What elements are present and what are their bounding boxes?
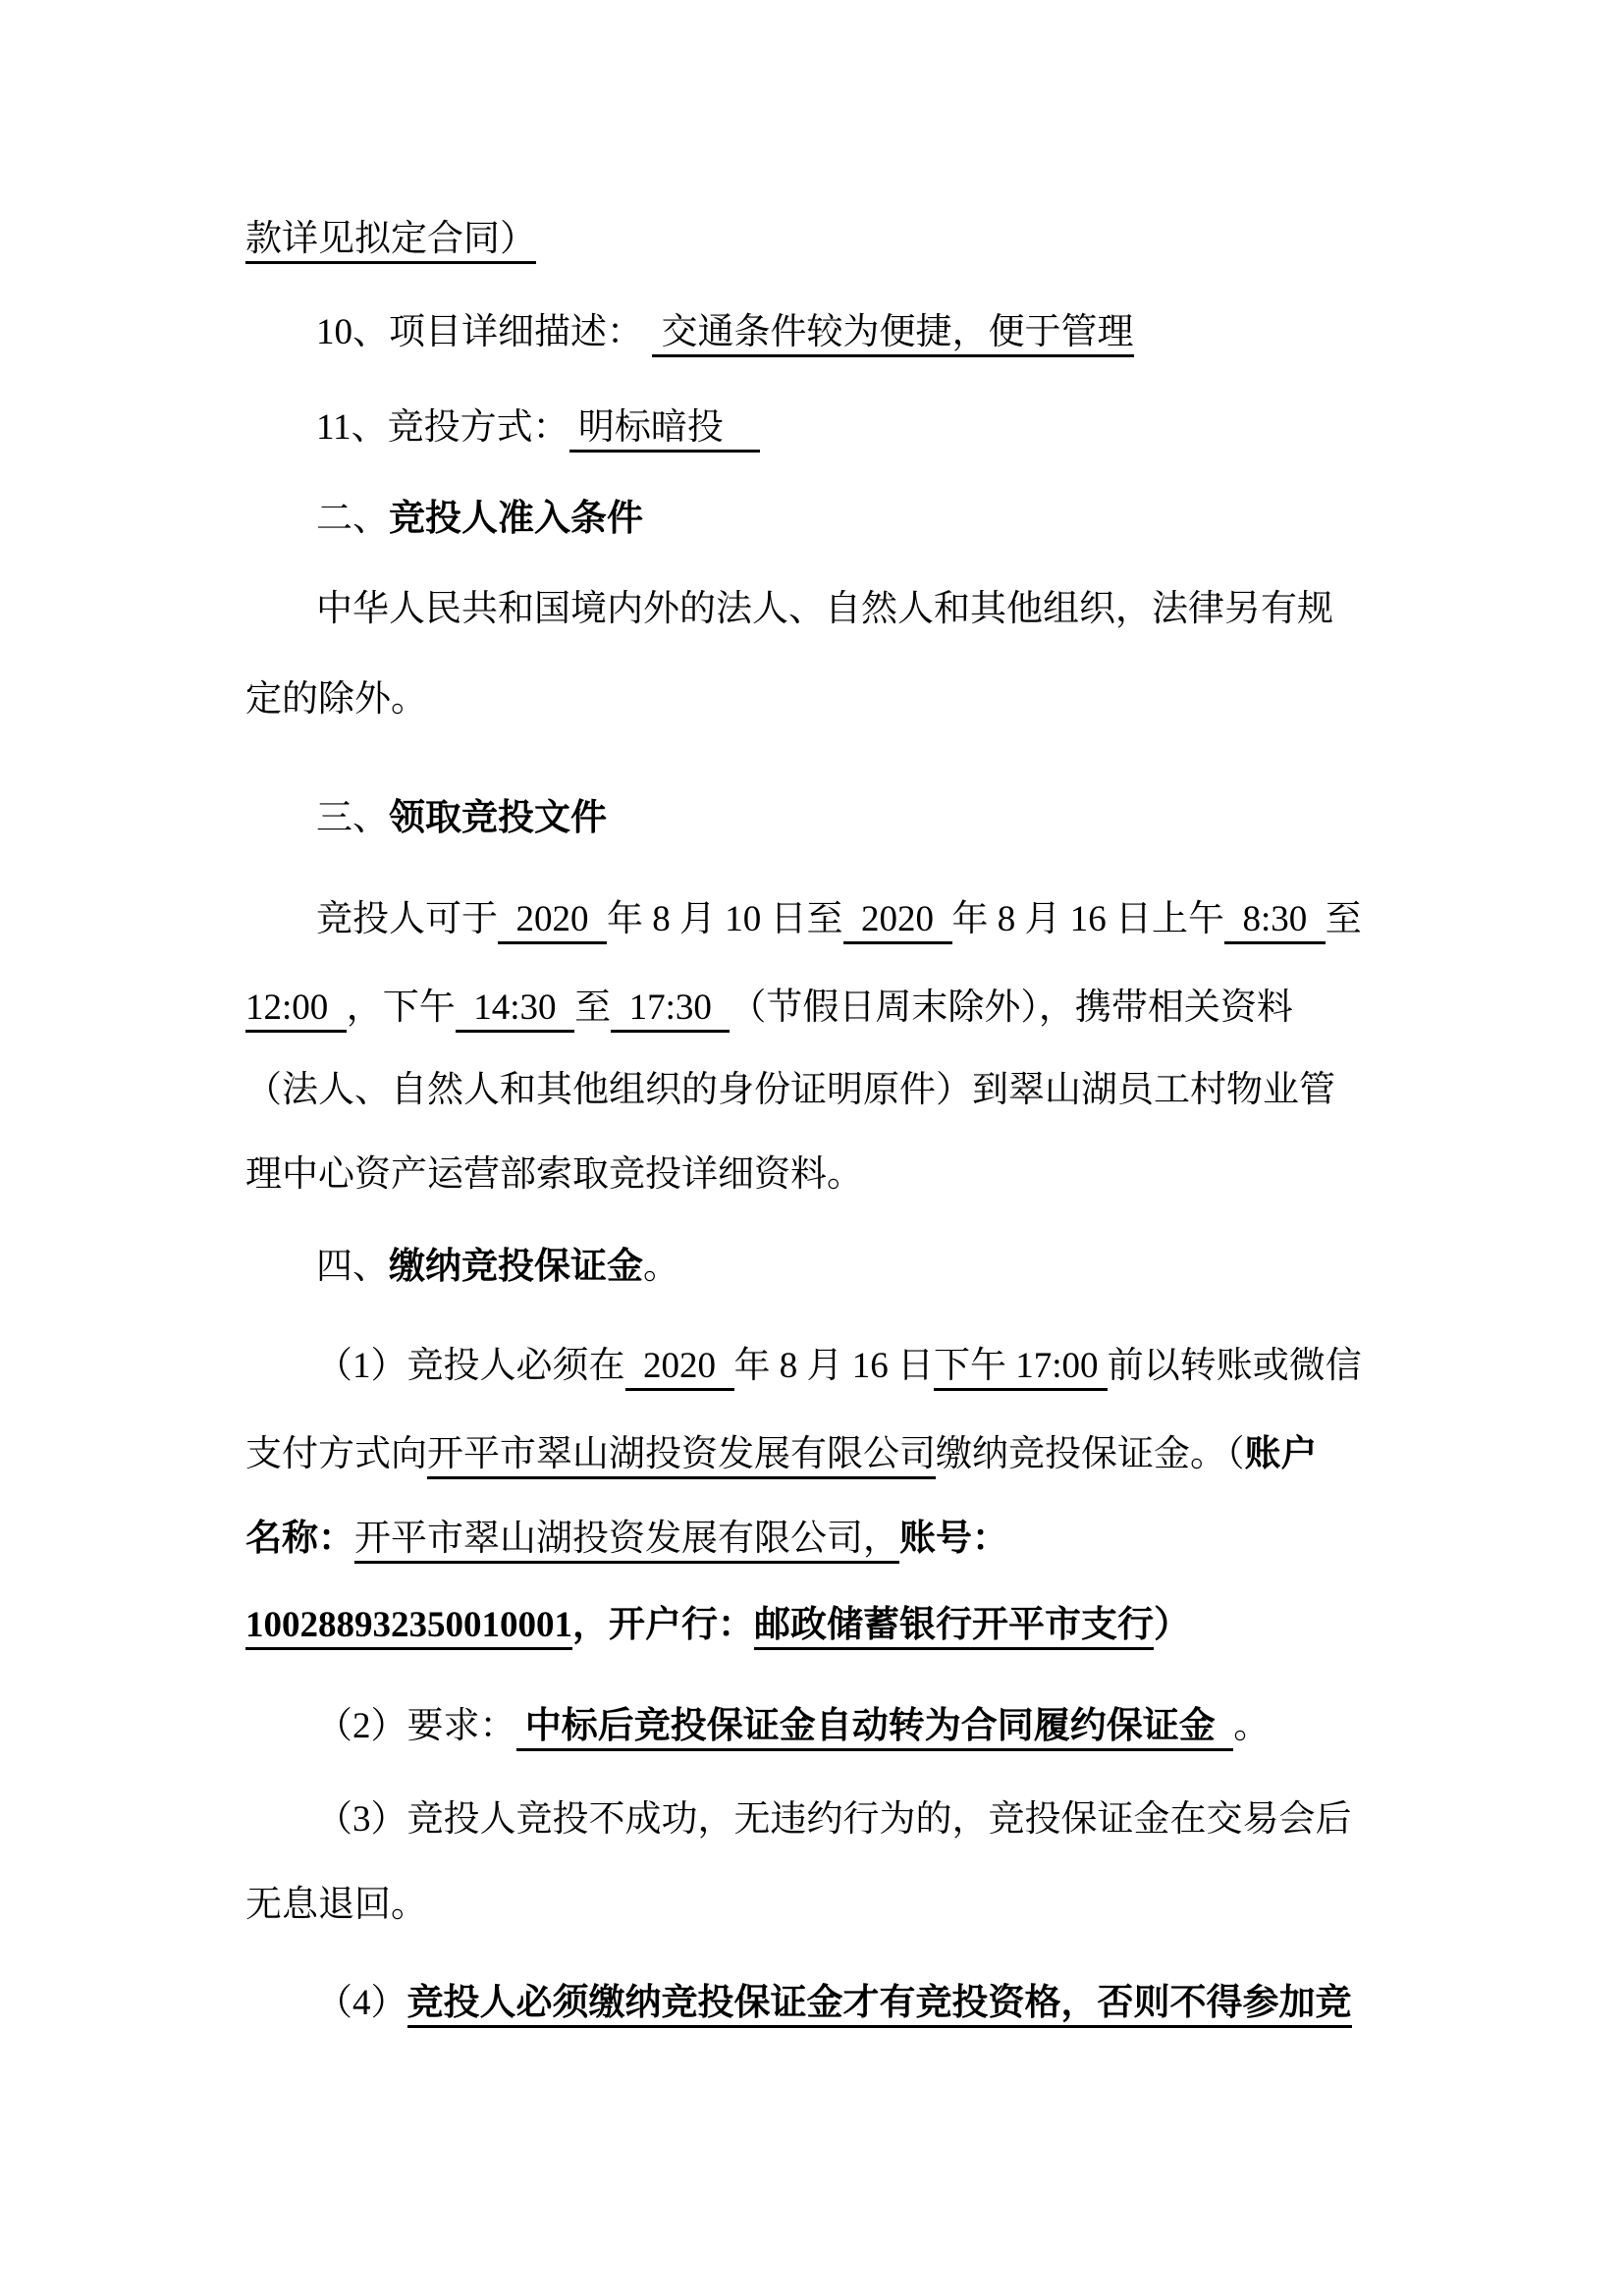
underlined-text-segment: 14:30	[456, 988, 574, 1033]
text-segment: 无息退回。	[245, 1885, 427, 1925]
underlined-text-segment: 2020	[843, 899, 952, 944]
underlined-text-segment: 明标暗投	[569, 407, 760, 453]
text-segment: 竞投人准入条件	[389, 499, 643, 539]
text-segment: 缴纳竞投保证金。（	[936, 1434, 1245, 1474]
text-segment: 四、	[316, 1247, 389, 1287]
text-segment: （2）要求：	[316, 1706, 516, 1746]
text-line-11: 理中心资产运营部索取竞投详细资料。	[245, 1151, 863, 1199]
underlined-text-segment: 开平市翠山湖投资发展有限公司	[427, 1434, 936, 1479]
text-segment: ，开户行：	[572, 1605, 754, 1645]
text-line-19: 无息退回。	[245, 1882, 427, 1929]
text-segment: 至	[1326, 899, 1362, 939]
underlined-text-segment: 17:30	[611, 988, 730, 1033]
text-segment: 。	[643, 1247, 679, 1287]
text-segment: （节假日周末除外），携带相关资料	[730, 988, 1293, 1028]
text-line-10: （法人、自然人和其他组织的身份证明原件）到翠山湖员工村物业管	[245, 1067, 1335, 1114]
text-line-17: （2）要求： 中标后竞投保证金自动转为合同履约保证金 。	[316, 1703, 1270, 1750]
text-segment: 。	[1233, 1706, 1270, 1746]
underlined-text-segment: 下午 17:00	[934, 1346, 1108, 1391]
text-segment: ，下午	[347, 988, 456, 1028]
underlined-text-segment: 款详见拟定合同）	[245, 219, 536, 264]
text-line-1: 款详见拟定合同）	[245, 216, 536, 263]
text-segment: ）	[1154, 1605, 1190, 1645]
document-page: 款详见拟定合同）10、项目详细描述： 交通条件较为便捷，便于管理11、竞投方式：…	[0, 0, 1624, 2296]
text-line-7: 三、领取竞投文件	[316, 795, 607, 842]
underlined-text-segment: 2020	[625, 1346, 734, 1391]
underlined-text-segment: 交通条件较为便捷，便于管理	[652, 312, 1133, 357]
text-segment: 定的除外。	[245, 679, 427, 720]
text-line-18: （3）竞投人竞投不成功，无违约行为的，竞投保证金在交易会后	[316, 1796, 1352, 1843]
text-segment: 名称：	[245, 1519, 354, 1559]
text-segment: 11、竞投方式：	[316, 407, 569, 448]
text-segment: 二、	[316, 499, 389, 539]
text-segment: 中华人民共和国境内外的法人、自然人和其他组织，法律另有规	[316, 589, 1333, 629]
text-line-15: 名称：开平市翠山湖投资发展有限公司，账号：	[245, 1516, 1008, 1563]
text-segment: （3）竞投人竞投不成功，无违约行为的，竞投保证金在交易会后	[316, 1799, 1352, 1840]
text-line-5: 中华人民共和国境内外的法人、自然人和其他组织，法律另有规	[316, 586, 1333, 633]
underlined-text-segment: 12:00	[245, 988, 347, 1033]
text-line-16: 100288932350010001，开户行：邮政储蓄银行开平市支行）	[245, 1602, 1190, 1649]
text-line-13: （1）竞投人必须在 2020 年 8 月 16 日下午 17:00 前以转账或微…	[316, 1343, 1362, 1390]
text-segment: 年 8 月 10 日至	[607, 899, 843, 939]
underlined-text-segment: 2020	[498, 899, 607, 944]
underlined-text-segment: 8:30	[1224, 899, 1326, 944]
text-line-12: 四、缴纳竞投保证金。	[316, 1244, 679, 1291]
underlined-text-segment: 100288932350010001	[245, 1605, 572, 1650]
text-line-8: 竞投人可于 2020 年 8 月 10 日至 2020 年 8 月 16 日上午…	[316, 896, 1362, 943]
text-segment: 账号：	[899, 1519, 1008, 1559]
text-segment: 三、	[316, 798, 389, 838]
text-segment: 前以转账或微信	[1108, 1346, 1362, 1386]
text-segment: 竞投人可于	[316, 899, 498, 939]
text-line-9: 12:00 ，下午 14:30 至 17:30 （节假日周末除外），携带相关资料	[245, 985, 1293, 1032]
text-line-20: （4）竞投人必须缴纳竞投保证金才有竞投资格，否则不得参加竞	[316, 1980, 1352, 2027]
text-segment: 10、项目详细描述：	[316, 312, 652, 352]
text-segment: 年 8 月 16 日	[734, 1346, 935, 1386]
text-line-6: 定的除外。	[245, 676, 427, 723]
underlined-text-segment: 开平市翠山湖投资发展有限公司，	[354, 1519, 899, 1564]
text-segment: 缴纳竞投保证金	[389, 1247, 643, 1287]
text-segment: 理中心资产运营部索取竞投详细资料。	[245, 1154, 863, 1195]
underlined-text-segment: 竞投人必须缴纳竞投保证金才有竞投资格，否则不得参加竞	[407, 1983, 1352, 2028]
text-line-14: 支付方式向开平市翠山湖投资发展有限公司缴纳竞投保证金。（账户	[245, 1431, 1318, 1478]
underlined-text-segment: 中标后竞投保证金自动转为合同履约保证金	[516, 1706, 1234, 1751]
text-segment: （4）	[316, 1983, 407, 2023]
text-line-2: 10、项目详细描述： 交通条件较为便捷，便于管理	[316, 309, 1134, 356]
text-segment: 至	[574, 988, 611, 1028]
text-line-4: 二、竞投人准入条件	[316, 496, 643, 543]
text-segment: （法人、自然人和其他组织的身份证明原件）到翠山湖员工村物业管	[245, 1070, 1335, 1110]
text-segment: 支付方式向	[245, 1434, 427, 1474]
text-segment: 年 8 月 16 日上午	[952, 899, 1225, 939]
text-segment: 领取竞投文件	[389, 798, 607, 838]
text-line-3: 11、竞投方式： 明标暗投	[316, 404, 760, 452]
underlined-text-segment: 邮政储蓄银行开平市支行	[754, 1605, 1154, 1650]
text-segment: （1）竞投人必须在	[316, 1346, 625, 1386]
text-segment: 账户	[1245, 1434, 1318, 1474]
